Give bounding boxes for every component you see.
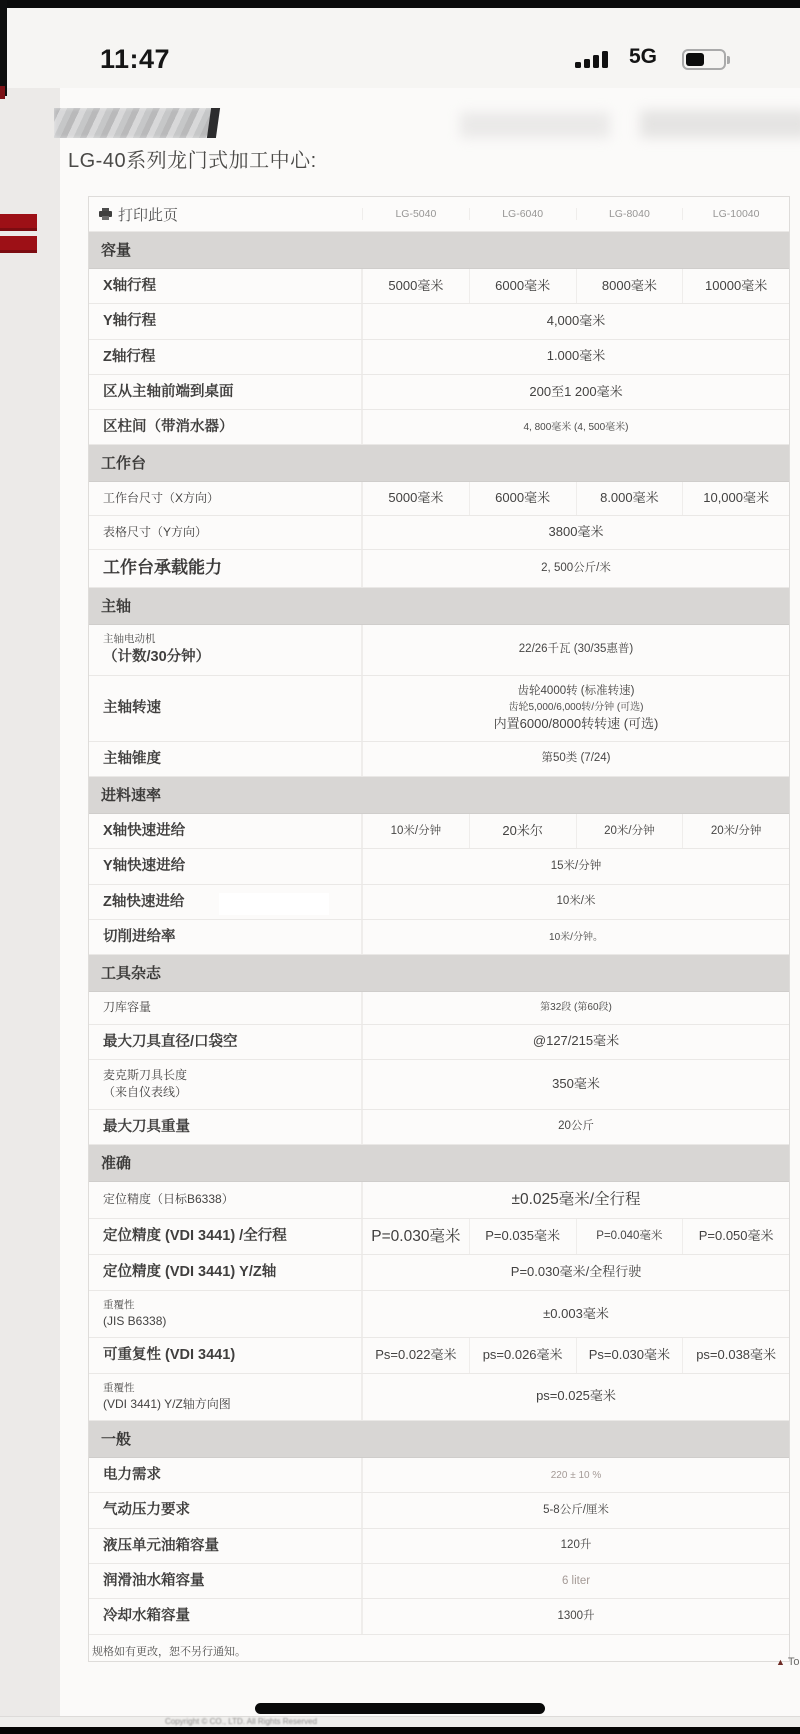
spec-label-text: 主轴电动机 <box>103 632 357 647</box>
spec-label-text: 定位精度 (VDI 3441) Y/Z轴 <box>103 1262 357 1282</box>
spec-row: 液压单元油箱容量120升 <box>89 1529 789 1564</box>
spec-value-cell: @127/215毫米 <box>362 1025 789 1059</box>
spec-value-text: 6000毫米 <box>495 489 550 508</box>
spec-label-cell: 气动压力要求 <box>89 1493 362 1527</box>
spec-value-cell: ±0.003毫米 <box>362 1291 789 1338</box>
spec-value-text: ps=0.026毫米 <box>483 1346 563 1365</box>
spec-value-cell: Ps=0.030毫米 <box>576 1338 683 1372</box>
spec-value-cell: 第50类 (7/24) <box>362 742 789 776</box>
spec-value-text: 10米/分钟。 <box>549 930 603 945</box>
spec-value-text: 20米/分钟 <box>711 823 762 840</box>
spec-label-text: 表格尺寸（Y方向） <box>103 524 357 541</box>
spec-label-text: （计数/30分钟） <box>103 647 357 667</box>
spec-row: 最大刀具重量20公斤 <box>89 1110 789 1145</box>
spec-value-text: 3800毫米 <box>549 523 604 542</box>
spec-value-cell: P=0.030毫米/全程行驶 <box>362 1255 789 1289</box>
spec-value-cell: 2, 500公斤/米 <box>362 550 789 587</box>
spec-row: Z轴行程1.000毫米 <box>89 340 789 375</box>
section-header: 主轴 <box>89 588 789 625</box>
spec-label-cell: Y轴快速进给 <box>89 849 362 883</box>
spec-value-text: 120升 <box>561 1537 592 1554</box>
spec-value-text: 10,000毫米 <box>703 489 769 508</box>
spec-label-cell: 定位精度（日标B6338） <box>89 1182 362 1218</box>
web-page: LG-40系列龙门式加工中心: 打印此页 LG-5040 LG-6040 LG-… <box>60 88 800 1720</box>
spec-label-cell: 冷却水箱容量 <box>89 1599 362 1633</box>
spec-value-text: 22/26千瓦 (30/35惠普) <box>519 641 633 658</box>
spec-label-cell: 重覆性(JIS B6338) <box>89 1291 362 1338</box>
spec-label-cell: 定位精度 (VDI 3441) /全行程 <box>89 1219 362 1255</box>
spec-label-cell: Z轴快速进给 <box>89 885 362 919</box>
spec-value-text: 20米/分钟 <box>604 823 655 840</box>
spec-label-cell: X轴行程 <box>89 269 362 303</box>
spec-value-cell: 220 ± 10 % <box>362 1458 789 1492</box>
spec-value-text: 8.000毫米 <box>600 489 659 508</box>
spec-value-text: 10000毫米 <box>705 277 767 296</box>
spec-value-cell: 20米尔 <box>469 814 576 848</box>
spec-value-text: ±0.025毫米/全行程 <box>511 1189 640 1211</box>
spec-value-cell: P=0.050毫米 <box>682 1219 789 1255</box>
status-bar: 11:47 5G <box>0 8 800 88</box>
spec-value-text: P=0.035毫米 <box>485 1227 560 1246</box>
spec-row: 可重复性 (VDI 3441)Ps=0.022毫米ps=0.026毫米Ps=0.… <box>89 1338 789 1373</box>
spec-row: 电力需求220 ± 10 % <box>89 1458 789 1493</box>
spec-label-cell: 主轴锥度 <box>89 742 362 776</box>
section-header: 进料速率 <box>89 777 789 814</box>
spec-label-text: Y轴行程 <box>103 311 357 331</box>
spec-value-cell: 10米/米 <box>362 885 789 919</box>
spec-label-text: X轴行程 <box>103 276 357 296</box>
spec-label-cell: Z轴行程 <box>89 340 362 374</box>
spec-value-text: 第32段 (第60段) <box>540 1000 612 1015</box>
spec-label-text: 工作台尺寸（X方向） <box>103 490 357 507</box>
section-header: 工具杂志 <box>89 955 789 992</box>
column-header-lg10040: LG-10040 <box>682 208 789 220</box>
spec-value-cell: ps=0.025毫米 <box>362 1374 789 1421</box>
spec-label-text: 工作台承载能力 <box>103 557 357 580</box>
spec-label-cell: 麦克斯刀具长度（来自仪表线） <box>89 1060 362 1109</box>
network-type-label: 5G <box>629 45 657 69</box>
spec-value-text: 5-8公斤/厘米 <box>543 1502 609 1519</box>
spec-label-text: 润滑油水箱容量 <box>103 1571 357 1591</box>
spec-value-cell: 10米/分钟 <box>362 814 469 848</box>
spec-row: 工作台承载能力2, 500公斤/米 <box>89 550 789 588</box>
spec-value-text: 10米/米 <box>557 893 596 910</box>
spec-value-cell: 5000毫米 <box>362 482 469 515</box>
spec-table-body: 容量X轴行程5000毫米6000毫米8000毫米10000毫米Y轴行程4,000… <box>89 232 789 1635</box>
spec-row: Y轴快速进给15米/分钟 <box>89 849 789 884</box>
spec-value-cell: P=0.040毫米 <box>576 1219 683 1255</box>
spec-label-text: 定位精度 (VDI 3441) /全行程 <box>103 1226 357 1246</box>
spec-value-cell: 5000毫米 <box>362 269 469 303</box>
spec-row: 定位精度 (VDI 3441) /全行程P=0.030毫米P=0.035毫米P=… <box>89 1219 789 1256</box>
spec-label-text: 气动压力要求 <box>103 1500 357 1520</box>
spec-label-cell: 区从主轴前端到桌面 <box>89 375 362 409</box>
spec-value-cell: 20公斤 <box>362 1110 789 1144</box>
spec-value-text: 200至1 200毫米 <box>529 383 622 402</box>
metal-banner-image <box>54 108 216 138</box>
table-header-row: 打印此页 LG-5040 LG-6040 LG-8040 LG-10040 <box>89 197 789 232</box>
spec-row: 定位精度 (VDI 3441) Y/Z轴P=0.030毫米/全程行驶 <box>89 1255 789 1290</box>
spec-row: Y轴行程4,000毫米 <box>89 304 789 339</box>
spec-value-cell: 4,000毫米 <box>362 304 789 338</box>
spec-value-cell: P=0.030毫米 <box>362 1219 469 1255</box>
spec-value-text: 1300升 <box>557 1608 594 1625</box>
spec-value-cell: 10米/分钟。 <box>362 920 789 954</box>
section-header: 工作台 <box>89 445 789 482</box>
status-time: 11:47 <box>100 44 195 75</box>
spec-label-text: Z轴快速进给 <box>103 892 357 912</box>
spec-row: 切削进给率10米/分钟。 <box>89 920 789 955</box>
spec-label-text: 麦克斯刀具长度 <box>103 1067 357 1084</box>
spec-label-cell: 电力需求 <box>89 1458 362 1492</box>
spec-row: X轴快速进给10米/分钟20米尔20米/分钟20米/分钟 <box>89 814 789 849</box>
back-to-top-link[interactable]: ▲To <box>776 1656 800 1668</box>
spec-value-text: 第50类 (7/24) <box>541 750 610 767</box>
spec-value-cell: 20米/分钟 <box>576 814 683 848</box>
spec-label-cell: 最大刀具直径/口袋空 <box>89 1025 362 1059</box>
print-page-label: 打印此页 <box>118 204 178 225</box>
spec-row: 工作台尺寸（X方向）5000毫米6000毫米8.000毫米10,000毫米 <box>89 482 789 516</box>
spec-value-cell: 6 liter <box>362 1564 789 1598</box>
spec-value-text: ps=0.038毫米 <box>696 1346 776 1365</box>
spec-label-cell: 区柱间（带消水器） <box>89 410 362 444</box>
up-triangle-icon: ▲ <box>776 1657 785 1667</box>
spec-value-cell: 22/26千瓦 (30/35惠普) <box>362 625 789 675</box>
section-header: 容量 <box>89 232 789 269</box>
red-edge-mark <box>0 86 5 99</box>
spec-value-text: 齿轮4000转 (标准转速) <box>518 683 635 700</box>
spec-value-cell: 1.000毫米 <box>362 340 789 374</box>
spec-value-text: P=0.050毫米 <box>699 1227 774 1246</box>
spec-table: 打印此页 LG-5040 LG-6040 LG-8040 LG-10040 容量… <box>88 196 790 1662</box>
spec-value-text: 5000毫米 <box>388 489 443 508</box>
spec-value-text: 6 liter <box>562 1573 590 1590</box>
spec-label-text: 电力需求 <box>103 1465 357 1485</box>
faded-banner-image <box>640 110 800 138</box>
spec-label-cell: 工作台尺寸（X方向） <box>89 482 362 515</box>
spec-row: 区柱间（带消水器）4, 800毫米 (4, 500毫米) <box>89 410 789 445</box>
spec-label-text: 区柱间（带消水器） <box>103 417 357 437</box>
spec-label-text: 重覆性 <box>103 1298 357 1313</box>
copyright-text: Copyright © CO., LTD. All Rights Reserve… <box>165 1717 317 1726</box>
spec-value-cell: ps=0.026毫米 <box>469 1338 576 1372</box>
spec-label-cell: 润滑油水箱容量 <box>89 1564 362 1598</box>
spec-label-text: 主轴锥度 <box>103 749 357 769</box>
spec-value-text: Ps=0.030毫米 <box>589 1346 670 1365</box>
spec-label-cell: 可重复性 (VDI 3441) <box>89 1338 362 1372</box>
spec-label-cell: 最大刀具重量 <box>89 1110 362 1144</box>
spec-label-text: 最大刀具重量 <box>103 1117 357 1137</box>
spec-value-text: @127/215毫米 <box>533 1032 619 1051</box>
print-page-button[interactable]: 打印此页 <box>89 204 362 225</box>
spec-value-cell: 120升 <box>362 1529 789 1563</box>
spec-row: 麦克斯刀具长度（来自仪表线）350毫米 <box>89 1060 789 1110</box>
section-header: 准确 <box>89 1145 789 1182</box>
spec-label-text: 重覆性 <box>103 1381 357 1396</box>
battery-icon <box>682 49 726 70</box>
spec-label-text: 主轴转速 <box>103 698 357 718</box>
spec-label-text: X轴快速进给 <box>103 821 357 841</box>
spec-label-text: (VDI 3441) Y/Z轴方向图 <box>103 1396 357 1413</box>
spec-label-text: 可重复性 (VDI 3441) <box>103 1345 357 1365</box>
section-header: 一般 <box>89 1421 789 1458</box>
spec-value-text: 20米尔 <box>502 822 542 841</box>
spec-value-text: 220 ± 10 % <box>551 1468 602 1483</box>
spec-value-cell: 10,000毫米 <box>682 482 789 515</box>
spec-value-cell: 4, 800毫米 (4, 500毫米) <box>362 410 789 444</box>
spec-label-text: 液压单元油箱容量 <box>103 1536 357 1556</box>
spec-value-text: P=0.040毫米 <box>596 1228 662 1245</box>
spec-value-cell: 15米/分钟 <box>362 849 789 883</box>
spec-label-cell: 切削进给率 <box>89 920 362 954</box>
disclaimer-note: 规格如有更改，恕不另行通知。 <box>92 1643 246 1659</box>
spec-label-text: 区从主轴前端到桌面 <box>103 382 357 402</box>
spec-value-text: 10米/分钟 <box>391 823 442 840</box>
spec-label-text: （来自仪表线） <box>103 1084 357 1101</box>
page-title: LG-40系列龙门式加工中心: <box>68 144 317 173</box>
spec-label-cell: Y轴行程 <box>89 304 362 338</box>
spec-value-text: 8000毫米 <box>602 277 657 296</box>
spec-value-cell: Ps=0.022毫米 <box>362 1338 469 1372</box>
spec-value-text: P=0.030毫米/全程行驶 <box>511 1263 641 1282</box>
spec-label-cell: 液压单元油箱容量 <box>89 1529 362 1563</box>
spec-value-text: 内置6000/8000转转速 (可选) <box>494 715 659 734</box>
column-header-lg6040: LG-6040 <box>469 208 576 220</box>
spec-label-text: 定位精度（日标B6338） <box>103 1191 357 1208</box>
home-indicator[interactable] <box>255 1703 545 1714</box>
spec-value-cell: 350毫米 <box>362 1060 789 1109</box>
faded-banner-image <box>460 112 610 138</box>
spec-row: X轴行程5000毫米6000毫米8000毫米10000毫米 <box>89 269 789 304</box>
spec-value-cell: 6000毫米 <box>469 269 576 303</box>
spec-value-text: ps=0.025毫米 <box>536 1387 616 1406</box>
spec-value-cell: 3800毫米 <box>362 516 789 549</box>
frame-top-strip <box>0 0 800 8</box>
spec-value-cell: P=0.035毫米 <box>469 1219 576 1255</box>
spec-value-text: 6000毫米 <box>495 277 550 296</box>
spec-value-text: 4, 800毫米 (4, 500毫米) <box>523 420 628 435</box>
spec-label-cell: 定位精度 (VDI 3441) Y/Z轴 <box>89 1255 362 1289</box>
spec-row: 刀库容量第32段 (第60段) <box>89 992 789 1024</box>
spec-row: 定位精度（日标B6338）±0.025毫米/全行程 <box>89 1182 789 1219</box>
spec-label-cell: X轴快速进给 <box>89 814 362 848</box>
spec-value-text: ±0.003毫米 <box>543 1305 609 1324</box>
spec-row: 润滑油水箱容量6 liter <box>89 1564 789 1599</box>
spec-label-cell: 工作台承载能力 <box>89 550 362 587</box>
spec-row: Z轴快速进给10米/米 <box>89 885 789 920</box>
spec-row: 重覆性(VDI 3441) Y/Z轴方向图ps=0.025毫米 <box>89 1374 789 1422</box>
spec-label-cell: 刀库容量 <box>89 992 362 1023</box>
spec-row: 主轴锥度第50类 (7/24) <box>89 742 789 777</box>
printer-icon <box>99 208 112 220</box>
spec-label-text: 冷却水箱容量 <box>103 1606 357 1626</box>
spec-value-text: 5000毫米 <box>388 277 443 296</box>
frame-bottom-strip <box>0 1727 800 1734</box>
spec-label-text: 刀库容量 <box>103 999 357 1016</box>
signal-strength-icon <box>575 50 617 68</box>
spec-value-text: 1.000毫米 <box>547 347 606 366</box>
spec-value-cell: 6000毫米 <box>469 482 576 515</box>
spec-row: 最大刀具直径/口袋空@127/215毫米 <box>89 1025 789 1060</box>
spec-label-cell: 主轴转速 <box>89 676 362 741</box>
spec-value-cell: ±0.025毫米/全行程 <box>362 1182 789 1218</box>
site-logo-fragment <box>0 214 37 258</box>
spec-value-text: 2, 500公斤/米 <box>541 560 611 577</box>
spec-value-cell: 8000毫米 <box>576 269 683 303</box>
spec-label-cell: 表格尺寸（Y方向） <box>89 516 362 549</box>
spec-value-cell: ps=0.038毫米 <box>682 1338 789 1372</box>
spec-value-text: 齿轮5,000/6,000转/分钟 (可选) <box>508 700 643 715</box>
spec-value-cell: 1300升 <box>362 1599 789 1633</box>
spec-row: 表格尺寸（Y方向）3800毫米 <box>89 516 789 550</box>
spec-value-cell: 5-8公斤/厘米 <box>362 1493 789 1527</box>
column-header-lg5040: LG-5040 <box>362 208 469 220</box>
spec-label-text: Z轴行程 <box>103 347 357 367</box>
spec-value-text: 4,000毫米 <box>547 312 606 331</box>
spec-row: 主轴转速齿轮4000转 (标准转速)齿轮5,000/6,000转/分钟 (可选)… <box>89 676 789 742</box>
column-header-lg8040: LG-8040 <box>576 208 683 220</box>
spec-row: 冷却水箱容量1300升 <box>89 1599 789 1634</box>
spec-value-cell: 10000毫米 <box>682 269 789 303</box>
spec-label-text: Y轴快速进给 <box>103 856 357 876</box>
spec-value-text: 15米/分钟 <box>551 858 602 875</box>
spec-value-cell: 齿轮4000转 (标准转速)齿轮5,000/6,000转/分钟 (可选)内置60… <box>362 676 789 741</box>
frame-left-strip <box>0 0 7 96</box>
spec-value-cell: 第32段 (第60段) <box>362 992 789 1023</box>
spec-value-cell: 8.000毫米 <box>576 482 683 515</box>
spec-label-cell: 重覆性(VDI 3441) Y/Z轴方向图 <box>89 1374 362 1421</box>
spec-value-cell: 20米/分钟 <box>682 814 789 848</box>
spec-value-text: P=0.030毫米 <box>371 1226 460 1248</box>
spec-row: 区从主轴前端到桌面200至1 200毫米 <box>89 375 789 410</box>
spec-value-cell: 200至1 200毫米 <box>362 375 789 409</box>
phone-screen: 11:47 5G LG-40系列龙门式加工中心: 打印此页 LG-5040 LG… <box>0 0 800 1734</box>
spec-value-text: 350毫米 <box>552 1075 600 1094</box>
page-left-gutter <box>0 88 60 1720</box>
spec-label-cell: 主轴电动机（计数/30分钟） <box>89 625 362 675</box>
spec-label-text: 切削进给率 <box>103 927 357 947</box>
spec-value-text: Ps=0.022毫米 <box>375 1346 456 1365</box>
spec-label-text: 最大刀具直径/口袋空 <box>103 1032 357 1052</box>
spec-label-text: (JIS B6338) <box>103 1313 357 1330</box>
spec-row: 重覆性(JIS B6338)±0.003毫米 <box>89 1291 789 1339</box>
spec-value-text: 20公斤 <box>558 1118 594 1135</box>
spec-row: 主轴电动机（计数/30分钟）22/26千瓦 (30/35惠普) <box>89 625 789 676</box>
spec-row: 气动压力要求5-8公斤/厘米 <box>89 1493 789 1528</box>
